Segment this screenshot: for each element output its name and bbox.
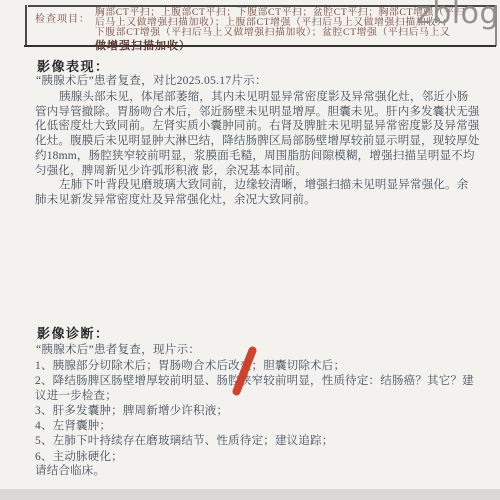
scanned-ct-report-page: 检查项目： 胸部CT平扫；上腹部CT平扫；下腹部CT平扫；盆腔CT平扫；胸部CT… [0, 0, 500, 500]
red-pen-slash [0, 0, 500, 500]
watermark-text: zblog [416, 0, 499, 31]
